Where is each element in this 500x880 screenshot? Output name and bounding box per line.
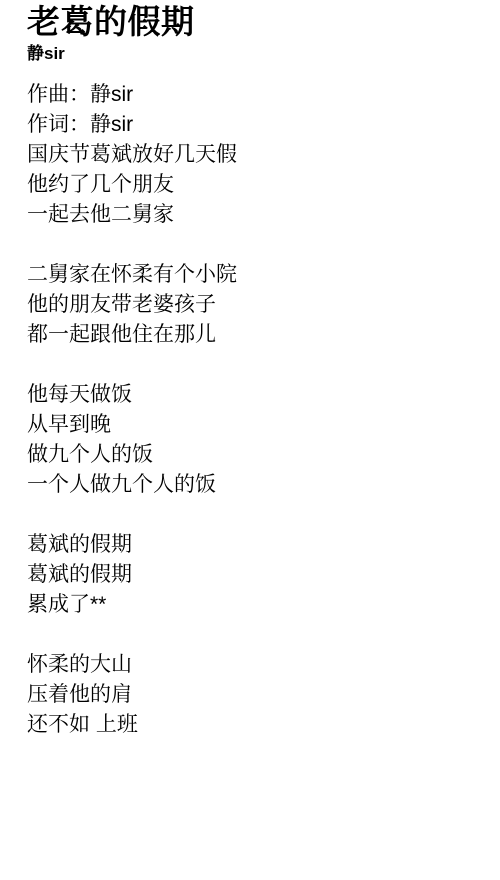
lyric-line [27, 350, 480, 380]
lyric-line: 作词：静sir [27, 110, 480, 140]
lyric-line [27, 620, 480, 650]
lyric-line [27, 500, 480, 530]
lyric-line: 一起去他二舅家 [27, 200, 480, 230]
lyric-line: 国庆节葛斌放好几天假 [27, 140, 480, 170]
lyric-line: 从早到晚 [27, 410, 480, 440]
lyrics-body: 作曲：静sir作词：静sir国庆节葛斌放好几天假他约了几个朋友一起去他二舅家 二… [27, 80, 480, 740]
lyric-line: 做九个人的饭 [27, 440, 480, 470]
lyric-line: 他每天做饭 [27, 380, 480, 410]
artist-name: 静sir [27, 42, 480, 66]
lyric-line: 他约了几个朋友 [27, 170, 480, 200]
lyric-line: 葛斌的假期 [27, 560, 480, 590]
lyric-line: 还不如 上班 [27, 710, 480, 740]
lyric-line: 他的朋友带老婆孩子 [27, 290, 480, 320]
lyric-line: 二舅家在怀柔有个小院 [27, 260, 480, 290]
lyric-line: 一个人做九个人的饭 [27, 470, 480, 500]
lyric-line: 都一起跟他住在那儿 [27, 320, 480, 350]
lyric-line: 累成了** [27, 590, 480, 620]
lyric-line: 葛斌的假期 [27, 530, 480, 560]
lyric-line: 怀柔的大山 [27, 650, 480, 680]
lyrics-page: 老葛的假期 静sir 作曲：静sir作词：静sir国庆节葛斌放好几天假他约了几个… [0, 0, 500, 880]
lyric-line [27, 230, 480, 260]
song-title: 老葛的假期 [27, 2, 480, 42]
lyric-line: 压着他的肩 [27, 680, 480, 710]
lyric-line: 作曲：静sir [27, 80, 480, 110]
